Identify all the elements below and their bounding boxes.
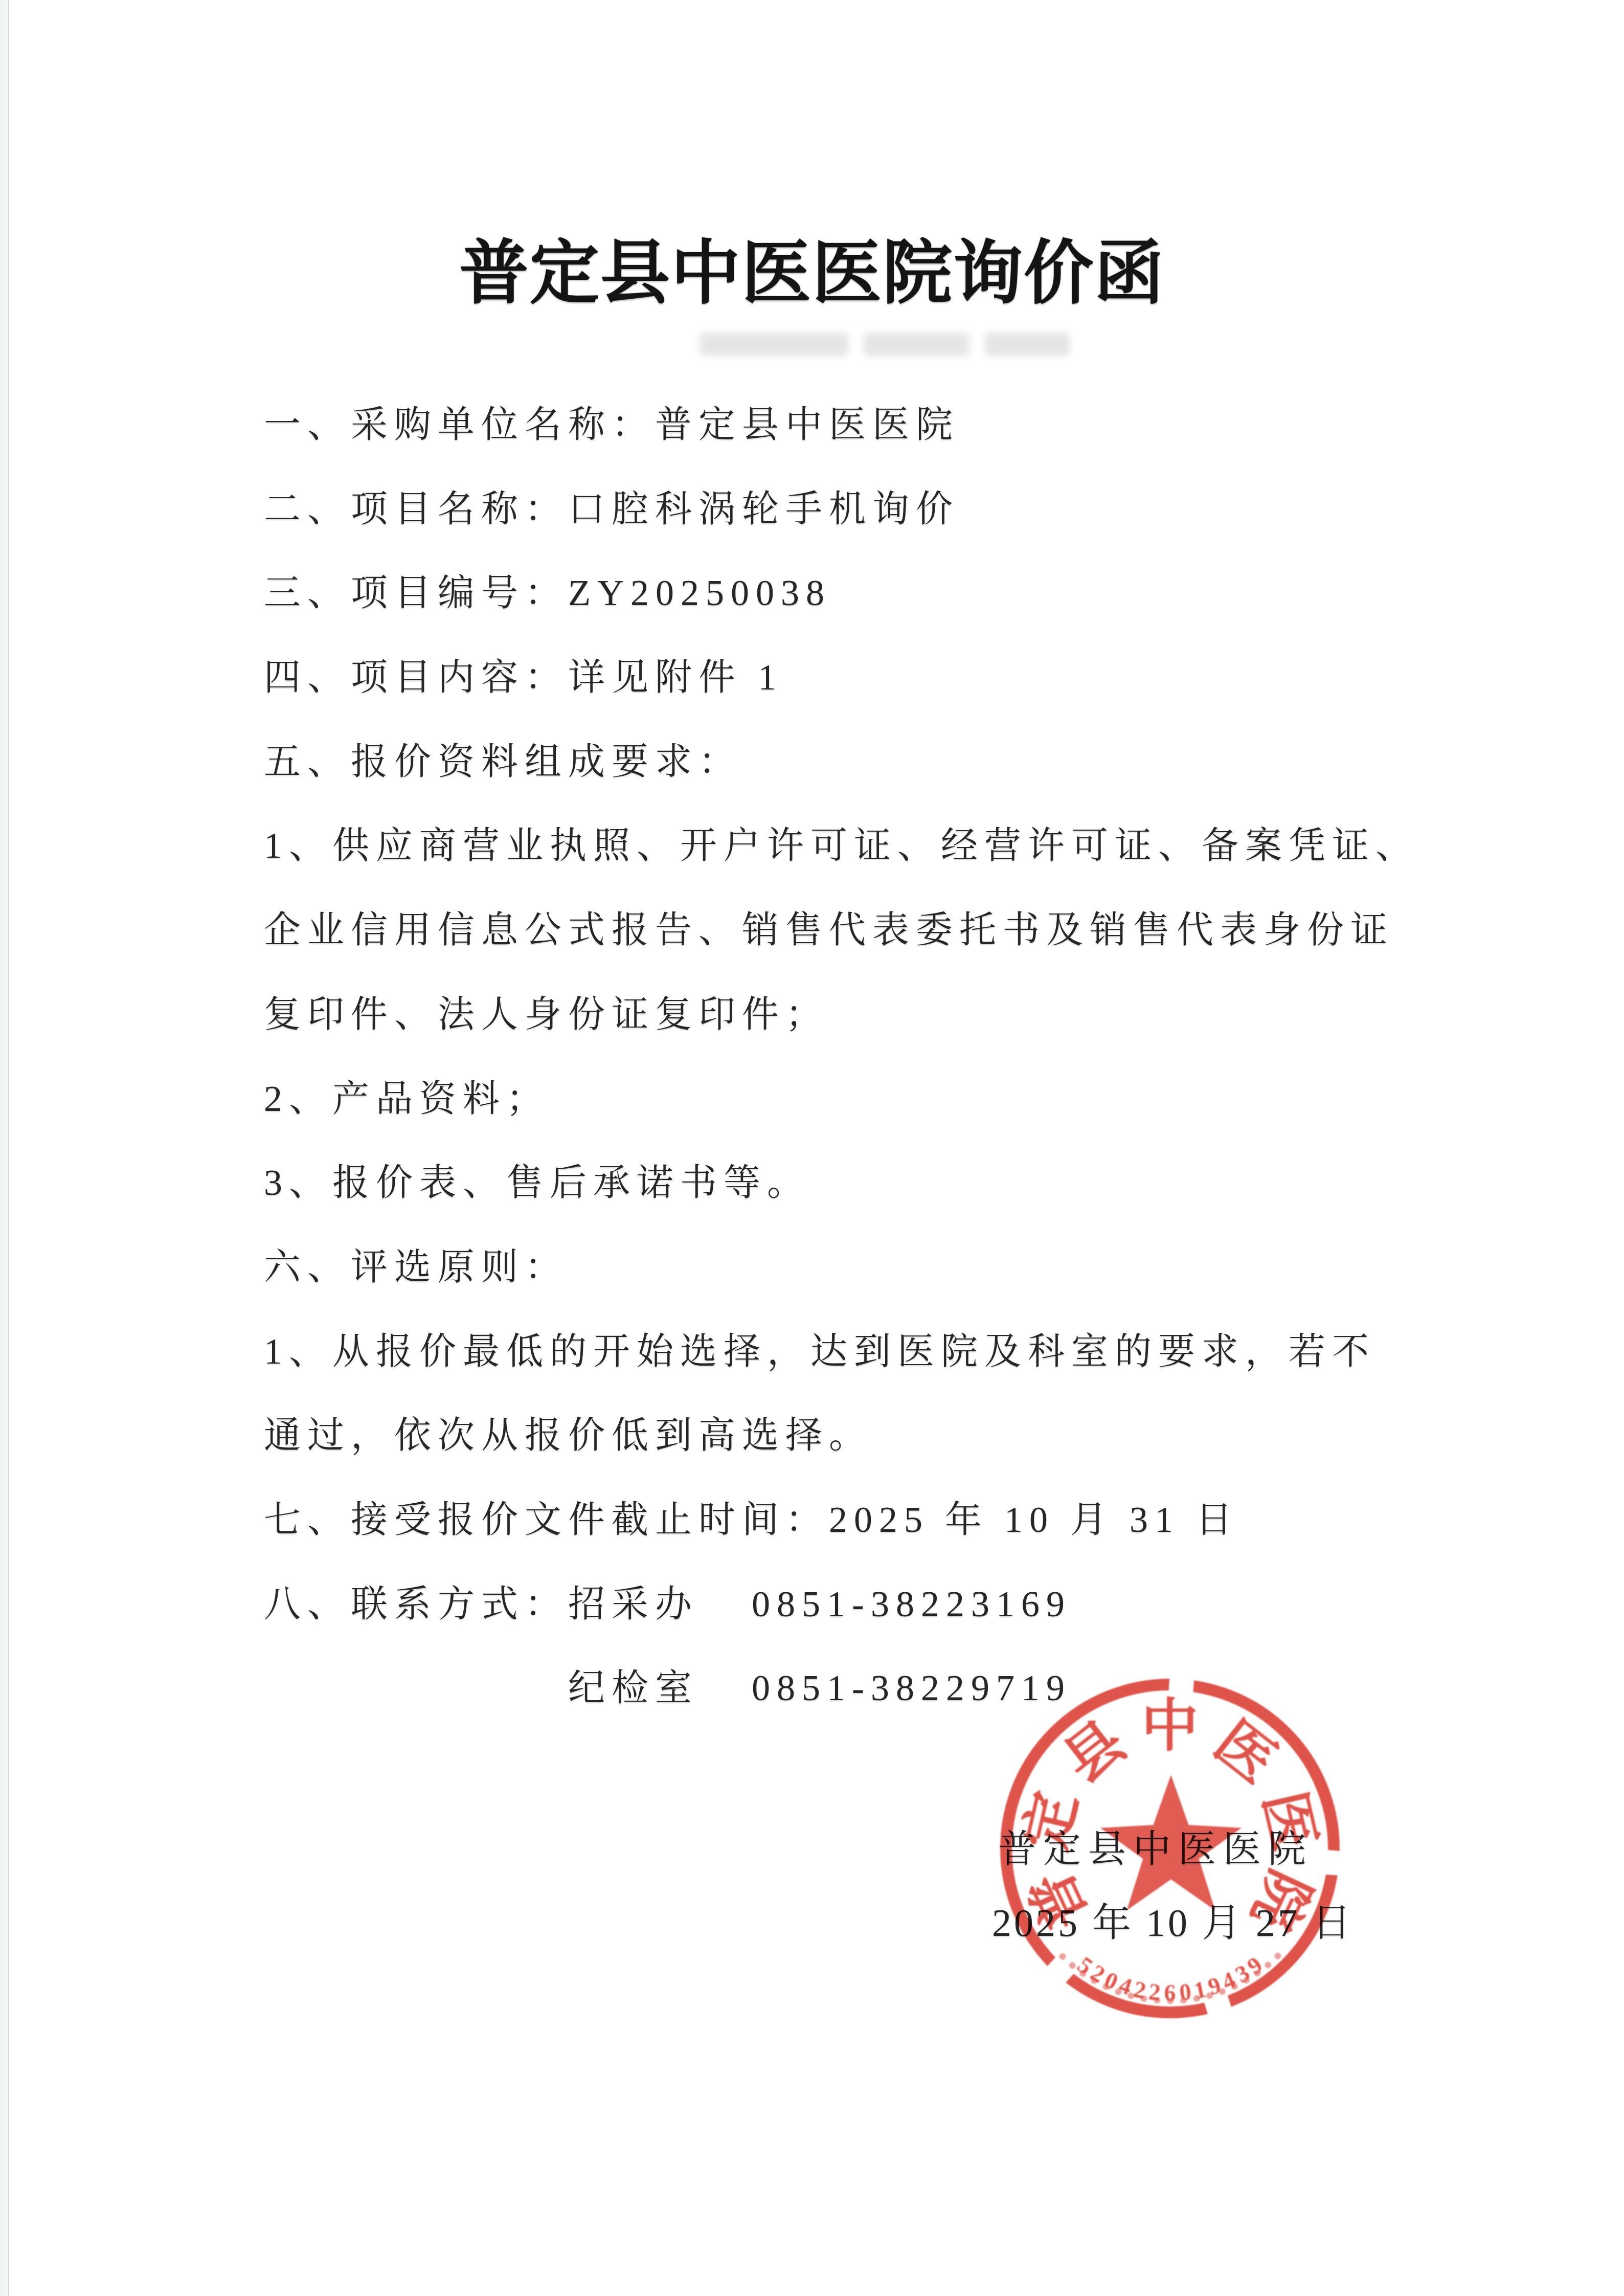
contact-line-procurement: 八、联系方式：招采办0851-38223169: [264, 1562, 1522, 1646]
document-body: 一、采购单位名称：普定县中医医院 二、项目名称：口腔科涡轮手机询价 三、项目编号…: [264, 383, 1522, 1730]
procurement-office-phone: 0851-38223169: [752, 1584, 1071, 1624]
body-line: 三、项目编号：ZY20250038: [264, 551, 1522, 635]
body-line: 六、评选原则：: [264, 1225, 1522, 1309]
body-line: 复印件、法人身份证复印件；: [264, 972, 1522, 1057]
contact-label: 纪检室: [568, 1667, 698, 1708]
body-line: 3、报价表、售后承诺书等。: [264, 1141, 1522, 1225]
seal-ring-char: 中: [1141, 1698, 1199, 1755]
body-line: 四、项目内容：详见附件 1: [264, 635, 1522, 720]
bleed-through-smudge: [700, 332, 1070, 356]
body-line: 二、项目名称：口腔科涡轮手机询价: [264, 467, 1522, 551]
body-line: 五、报价资料组成要求：: [264, 720, 1522, 804]
seal-ring-gap: [1168, 1675, 1194, 1694]
scan-edge-line: [8, 0, 9, 2296]
body-line: 1、从报价最低的开始选择，达到医院及科室的要求，若不: [264, 1309, 1522, 1394]
seal-ring-gap: [1324, 1850, 1343, 1876]
body-line: 企业信用信息公式报告、销售代表委托书及销售代表身份证: [264, 888, 1522, 972]
body-line: 通过，依次从报价低到高选择。: [264, 1393, 1522, 1478]
official-seal: 普定县中医医院5204226019439: [1000, 1679, 1340, 2018]
seal-serial-digit: 0: [1178, 1980, 1192, 2004]
seal-serial-digit: 6: [1164, 1981, 1176, 2005]
contact-label: 八、联系方式：招采办: [264, 1584, 698, 1624]
scan-edge-band: [0, 0, 7, 2296]
document-title: 普定县中医医院询价函: [0, 217, 1624, 317]
body-line: 七、接受报价文件截止时间：2025 年 10 月 31 日: [264, 1478, 1522, 1562]
body-line: 2、产品资料；: [264, 1057, 1522, 1141]
body-line: 一、采购单位名称：普定县中医医院: [264, 383, 1522, 467]
body-line: 1、供应商营业执照、开户许可证、经营许可证、备案凭证、: [264, 804, 1522, 888]
scanned-document-page: { "page": { "background": "#ffffff", "in…: [0, 0, 1624, 2296]
